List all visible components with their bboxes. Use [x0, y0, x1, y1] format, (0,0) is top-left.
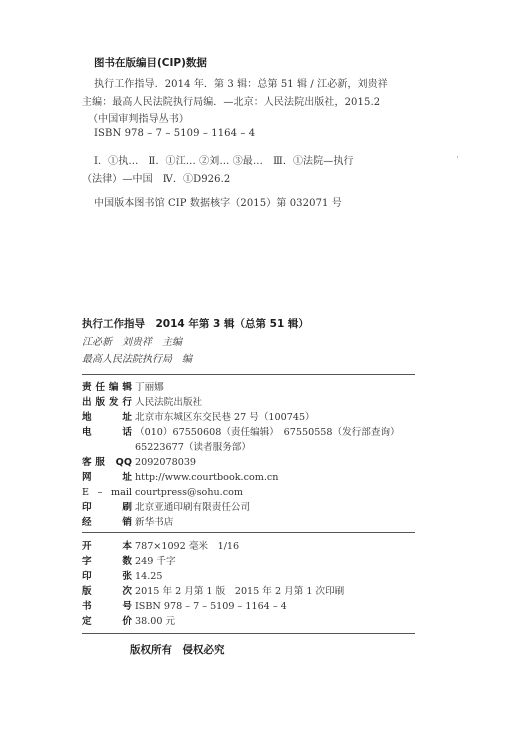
info-row-phone-2: 65223677（读者服务部）	[82, 441, 251, 455]
info-label: 出版发行	[82, 396, 132, 410]
spec-label: 版 次	[82, 585, 132, 599]
copyright-page: 图书在版编目(CIP)数据 执行工作指导．2014 年．第 3 辑：总第 51 …	[0, 0, 522, 738]
info-label: 印 刷	[82, 501, 132, 515]
scan-speck	[457, 156, 458, 158]
email-address: courtpress@sohu.com	[135, 486, 243, 500]
divider-2	[82, 532, 415, 533]
info-label: 地 址	[82, 411, 132, 425]
info-label: 客服 QQ	[82, 456, 132, 470]
spec-row-format: 开 本787×1092 毫米 1/16	[82, 540, 239, 554]
spec-value: ISBN 978 – 7 – 5109 – 1164 – 4	[135, 600, 287, 614]
cip-line-2: 主编：最高人民法院执行局编．—北京：人民法院出版社，2015.2	[82, 93, 380, 108]
spec-row-sheets: 印 张14.25	[82, 570, 162, 584]
book-editors: 江必新 刘贵祥 主编	[82, 333, 182, 348]
info-label: E – mail	[82, 486, 132, 500]
info-row-address: 地 址北京市东城区东交民巷 27 号（100745）	[82, 411, 315, 425]
divider-1	[82, 374, 415, 375]
info-row-phone: 电 话（010）67550608（责任编辑） 67550558（发行部查询）	[82, 426, 400, 440]
info-value: （010）67550608（责任编辑） 67550558（发行部查询）	[135, 426, 400, 440]
info-label: 经 销	[82, 516, 132, 530]
spec-value: 14.25	[135, 570, 162, 584]
website-link: http://www.courtbook.com.cn	[135, 471, 278, 485]
info-row-editor: 责任编辑丁丽娜	[82, 381, 164, 395]
spec-label: 开 本	[82, 540, 132, 554]
cip-classification-1: Ⅰ．①执… Ⅱ．①江… ②刘… ③最… Ⅲ．①法院—执行	[94, 152, 354, 167]
spec-row-price: 定 价38.00 元	[82, 615, 175, 629]
info-value: 北京亚通印刷有限责任公司	[135, 501, 250, 515]
spec-label: 字 数	[82, 555, 132, 569]
cip-classification-2: （法律）—中国 Ⅳ．①D926.2	[82, 170, 230, 185]
info-value: 丁丽娜	[135, 381, 164, 395]
info-value: 北京市东城区东交民巷 27 号（100745）	[135, 411, 315, 425]
book-title: 执行工作指导 2014 年第 3 辑（总第 51 辑）	[82, 316, 309, 331]
cip-heading: 图书在版编目(CIP)数据	[94, 55, 207, 70]
spec-row-word-count: 字 数249 千字	[82, 555, 176, 569]
info-value: 65223677（读者服务部）	[135, 441, 251, 455]
spec-label: 印 张	[82, 570, 132, 584]
info-value: 2092078039	[135, 456, 196, 470]
spec-value: 787×1092 毫米 1/16	[135, 540, 239, 554]
info-row-publisher: 出版发行人民法院出版社	[82, 396, 202, 410]
info-label: 网 址	[82, 471, 132, 485]
info-row-email: E – mailcourtpress@sohu.com	[82, 486, 243, 500]
copyright-notice: 版权所有 侵权必究	[130, 642, 225, 657]
spec-label: 书 号	[82, 600, 132, 614]
spec-value: 2015 年 2 月第 1 版 2015 年 2 月第 1 次印刷	[135, 585, 344, 599]
cip-line-1: 执行工作指导．2014 年．第 3 辑：总第 51 辑 / 江必新，刘贵祥	[94, 75, 388, 90]
cip-isbn: ISBN 978 – 7 – 5109 – 1164 – 4	[94, 128, 255, 139]
spec-row-isbn: 书 号ISBN 978 – 7 – 5109 – 1164 – 4	[82, 600, 287, 614]
info-value: 人民法院出版社	[135, 396, 202, 410]
info-value: 新华书店	[135, 516, 173, 530]
info-row-distributor: 经 销新华书店	[82, 516, 173, 530]
info-label: 责任编辑	[82, 381, 132, 395]
cip-line-3: （中国审判指导丛书）	[88, 110, 189, 125]
info-label: 电 话	[82, 426, 132, 440]
info-row-website: 网 址http://www.courtbook.com.cn	[82, 471, 278, 485]
spec-value: 38.00 元	[135, 615, 175, 629]
divider-3	[82, 633, 415, 634]
spec-value: 249 千字	[135, 555, 176, 569]
spec-label: 定 价	[82, 615, 132, 629]
info-row-printer: 印 刷北京亚通印刷有限责任公司	[82, 501, 250, 515]
spec-row-edition: 版 次2015 年 2 月第 1 版 2015 年 2 月第 1 次印刷	[82, 585, 344, 599]
cip-approval-number: 中国版本图书馆 CIP 数据核字（2015）第 032071 号	[94, 194, 342, 209]
book-compiler: 最高人民法院执行局 编	[82, 350, 192, 365]
info-row-qq: 客服 QQ2092078039	[82, 456, 196, 470]
